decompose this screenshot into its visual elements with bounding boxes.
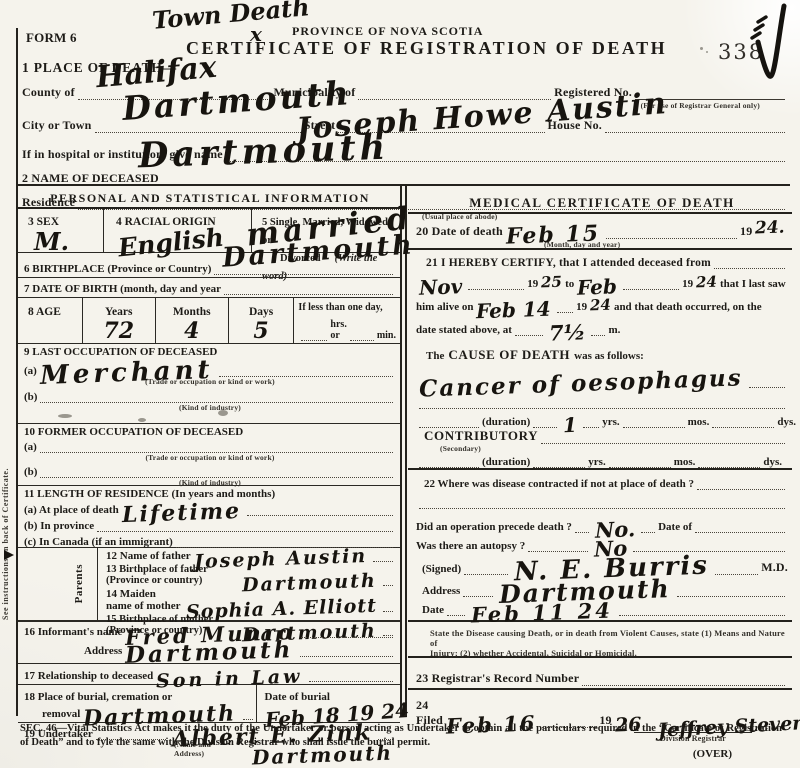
- contributory-label: CONTRIBUTORY: [416, 428, 538, 444]
- hw-top-annotation: Town Death: [151, 0, 310, 33]
- province-title: PROVINCE OF NOVA SCOTIA: [292, 24, 483, 39]
- death-certificate-document: Town Death x FORM 6 PROVINCE OF NOVA SCO…: [0, 0, 800, 768]
- last-occupation-row: 9 LAST OCCUPATION OF DECEASED (a) Mercha…: [18, 344, 400, 424]
- less-than-day-label: If less than one day,: [298, 302, 382, 313]
- certify-line-4a: date stated above, at: [416, 324, 512, 336]
- parents-label-cell: Parents: [60, 548, 98, 620]
- questions-row: 22 Where was disease contracted if not a…: [408, 470, 792, 622]
- hw-occ9-value: Merchant: [39, 357, 213, 389]
- hw-attended-from-year: 25: [541, 275, 562, 291]
- date-of-death-row: 20 Date of death Feb 15 19 24. (Month, d…: [408, 214, 792, 250]
- q22-label: 22 Where was disease contracted if not a…: [416, 478, 694, 490]
- hw-days-value: 5: [253, 318, 268, 344]
- column-divider-inner: [405, 184, 407, 717]
- father-label: 12 Name of father: [106, 550, 191, 562]
- age-label: 8 AGE: [28, 306, 61, 318]
- burial-label-1: 18 Place of burial, cremation or: [24, 691, 172, 703]
- years-label: Years: [105, 306, 132, 318]
- occ9-b-marker: (b): [24, 391, 37, 403]
- hw-hour-value: 7½: [549, 321, 586, 343]
- contrib-mos: mos.: [674, 456, 696, 468]
- occ10-label: 10 FORMER OCCUPATION OF DECEASED: [24, 426, 396, 438]
- days-label: Days: [249, 306, 273, 318]
- medical-certificate-column: MEDICAL CERTIFICATE OF DEATH 20 Date of …: [408, 187, 792, 717]
- months-label: Months: [173, 306, 211, 318]
- autopsy-label: Was there an autopsy ?: [416, 540, 525, 552]
- cause-label-bold: CAUSE OF DEATH: [448, 347, 570, 362]
- mother-label: 14 Maiden name of mother: [106, 588, 183, 612]
- physician-date-label: Date: [416, 604, 444, 616]
- county-label: County of: [22, 85, 75, 100]
- hrs-label: hrs. or: [330, 319, 346, 341]
- hw-months-value: 4: [184, 318, 199, 344]
- age-years-cell: Years 72: [83, 298, 156, 343]
- record-label: 23 Registrar's Record Number: [416, 671, 579, 686]
- parents-vertical-label: Parents: [73, 564, 85, 603]
- medical-header: MEDICAL CERTIFICATE OF DEATH: [469, 195, 735, 210]
- city-label: City or Town: [22, 118, 92, 133]
- md-label: M.D.: [761, 560, 788, 575]
- contrib-duration-label: (duration): [482, 456, 530, 468]
- age-cell: 8 AGE: [18, 298, 83, 343]
- ink-dot: [706, 51, 708, 53]
- burial-date-label: Date of burial: [265, 691, 330, 703]
- saw-year-prefix: 19: [576, 301, 587, 313]
- occ10-a-note: (Trade or occupation or kind of work): [24, 453, 396, 462]
- personal-statistical-column: PERSONAL AND STATISTICAL INFORMATION 3 S…: [18, 187, 400, 717]
- former-occupation-row: 10 FORMER OCCUPATION OF DECEASED (a) (Tr…: [18, 424, 400, 486]
- hw-dod-year: 24.: [755, 219, 785, 237]
- medical-header-row: MEDICAL CERTIFICATE OF DEATH: [408, 187, 792, 214]
- certify-line-1: 21 I HEREBY CERTIFY, that I attended dec…: [416, 257, 711, 269]
- birthplace-label: 6 BIRTHPLACE (Province or Country): [24, 263, 211, 275]
- operation-date-label: Date of: [658, 521, 692, 533]
- hw-dod-value: Feb 15: [506, 222, 601, 247]
- hw-sex-value: M.: [34, 227, 69, 256]
- cause-of-death-row: The CAUSE OF DEATH was as follows: Cance…: [408, 342, 792, 426]
- age-row: 8 AGE Years 72 Months 4 Days 5 If less t…: [18, 298, 400, 344]
- res11-b-label: (b) In province: [24, 520, 94, 532]
- relationship-label: 17 Relationship to deceased: [24, 670, 153, 682]
- registrar-record-row: 23 Registrar's Record Number: [408, 658, 792, 690]
- certify-line-3b: and that death occurred, on the: [614, 301, 762, 313]
- operation-label: Did an operation precede death ?: [416, 521, 572, 533]
- burial-row: 18 Place of burial, cremation or removal…: [18, 685, 400, 723]
- hw-cause-value: Cancer of oesophagus: [419, 366, 743, 400]
- violent-causes-note-row: State the Disease causing Death, or in d…: [408, 622, 792, 658]
- to-year-prefix: 19: [682, 278, 693, 290]
- informant-row: 16 Informant's name Fred Munro Address D…: [18, 622, 400, 664]
- hw-last-saw-date: Feb 14: [476, 299, 551, 322]
- occ10-b-marker: (b): [24, 466, 37, 478]
- hw-father-bp-value: Dartmouth: [242, 572, 377, 596]
- informant-label: 16 Informant's name: [24, 626, 122, 638]
- dod-year-prefix: 19: [740, 224, 752, 239]
- occ9-b-note: (Kind of industry): [24, 403, 396, 412]
- dod-label: 20 Date of death: [416, 224, 503, 239]
- length-of-residence-row: 11 LENGTH OF RESIDENCE (In years and mon…: [18, 486, 400, 548]
- sec46-note: SEC. 46—Vital Statistics Act makes it th…: [20, 722, 782, 750]
- footer-section: SEC. 46—Vital Statistics Act makes it th…: [20, 722, 782, 760]
- age-months-cell: Months 4: [156, 298, 229, 343]
- from-year-prefix: 19: [527, 278, 538, 290]
- hw-years-value: 72: [103, 318, 134, 344]
- contrib-yrs: yrs.: [588, 456, 605, 468]
- secondary-note: (Secondary): [440, 444, 788, 453]
- sex-cell: 3 SEX M.: [18, 209, 104, 252]
- hw-last-saw-year: 24: [590, 298, 611, 314]
- certify-line-4b: m.: [608, 324, 620, 336]
- certify-line-3a: him alive on: [416, 301, 473, 313]
- contributory-row: CONTRIBUTORY (Secondary) (duration) yrs.…: [408, 426, 792, 470]
- hw-residence-value: Dartmouth: [137, 130, 389, 174]
- occ10-a-marker: (a): [24, 441, 37, 453]
- res11-a-label: (a) At place of death: [24, 504, 119, 516]
- dob-row: 7 DATE OF BIRTH (month, day and year: [18, 278, 400, 298]
- certify-line-2: that I last saw: [720, 278, 786, 290]
- form-number: FORM 6: [26, 30, 77, 46]
- cause-label-pre: The: [426, 350, 444, 362]
- hw-res11-a-value: Lifetime: [121, 500, 241, 526]
- hw-informant-addr-value: Dartmouth: [125, 638, 294, 667]
- age-days-cell: Days 5: [229, 298, 295, 343]
- cause-label-post: was as follows:: [574, 350, 644, 362]
- signed-label: (Signed): [416, 563, 461, 575]
- res11-c-label: (c) In Canada (if an immigrant): [24, 536, 173, 548]
- occ9-a-marker: (a): [24, 365, 37, 377]
- contrib-dys: dys.: [763, 456, 782, 468]
- hw-attended-to-month: Feb: [577, 276, 618, 297]
- physician-addr-label: Address: [416, 585, 460, 597]
- to-label: to: [565, 278, 574, 290]
- hw-attended-from-month: Nov: [419, 276, 463, 297]
- ink-arrow-icon: [4, 550, 14, 560]
- column-divider-outer: [400, 184, 402, 717]
- violent-note-line-2: Injury; (2) whether Accidental, Suicidal…: [430, 648, 788, 658]
- min-label: min.: [377, 330, 396, 341]
- informant-addr-label: Address: [84, 645, 122, 657]
- violent-note-line-1: State the Disease causing Death, or in d…: [430, 628, 788, 648]
- parents-row: Parents 12 Name of father Joseph Austin …: [18, 548, 400, 622]
- hw-attended-to-year: 24: [696, 275, 717, 291]
- page-title: CERTIFICATE OF REGISTRATION OF DEATH: [186, 38, 667, 59]
- burial-label-2: removal: [42, 708, 80, 720]
- personal-header-row: PERSONAL AND STATISTICAL INFORMATION: [18, 187, 400, 209]
- relationship-row: 17 Relationship to deceased Son in Law: [18, 664, 400, 685]
- left-margin-note: See instructions on back of Certificate.: [1, 300, 10, 620]
- dob-label: 7 DATE OF BIRTH (month, day and year: [24, 283, 221, 295]
- personal-header: PERSONAL AND STATISTICAL INFORMATION: [50, 191, 370, 205]
- ink-dot: [700, 47, 703, 50]
- certify-row: 21 I HEREBY CERTIFY, that I attended dec…: [408, 250, 792, 342]
- less-than-day-cell: If less than one day, hrs. or min.: [294, 298, 400, 343]
